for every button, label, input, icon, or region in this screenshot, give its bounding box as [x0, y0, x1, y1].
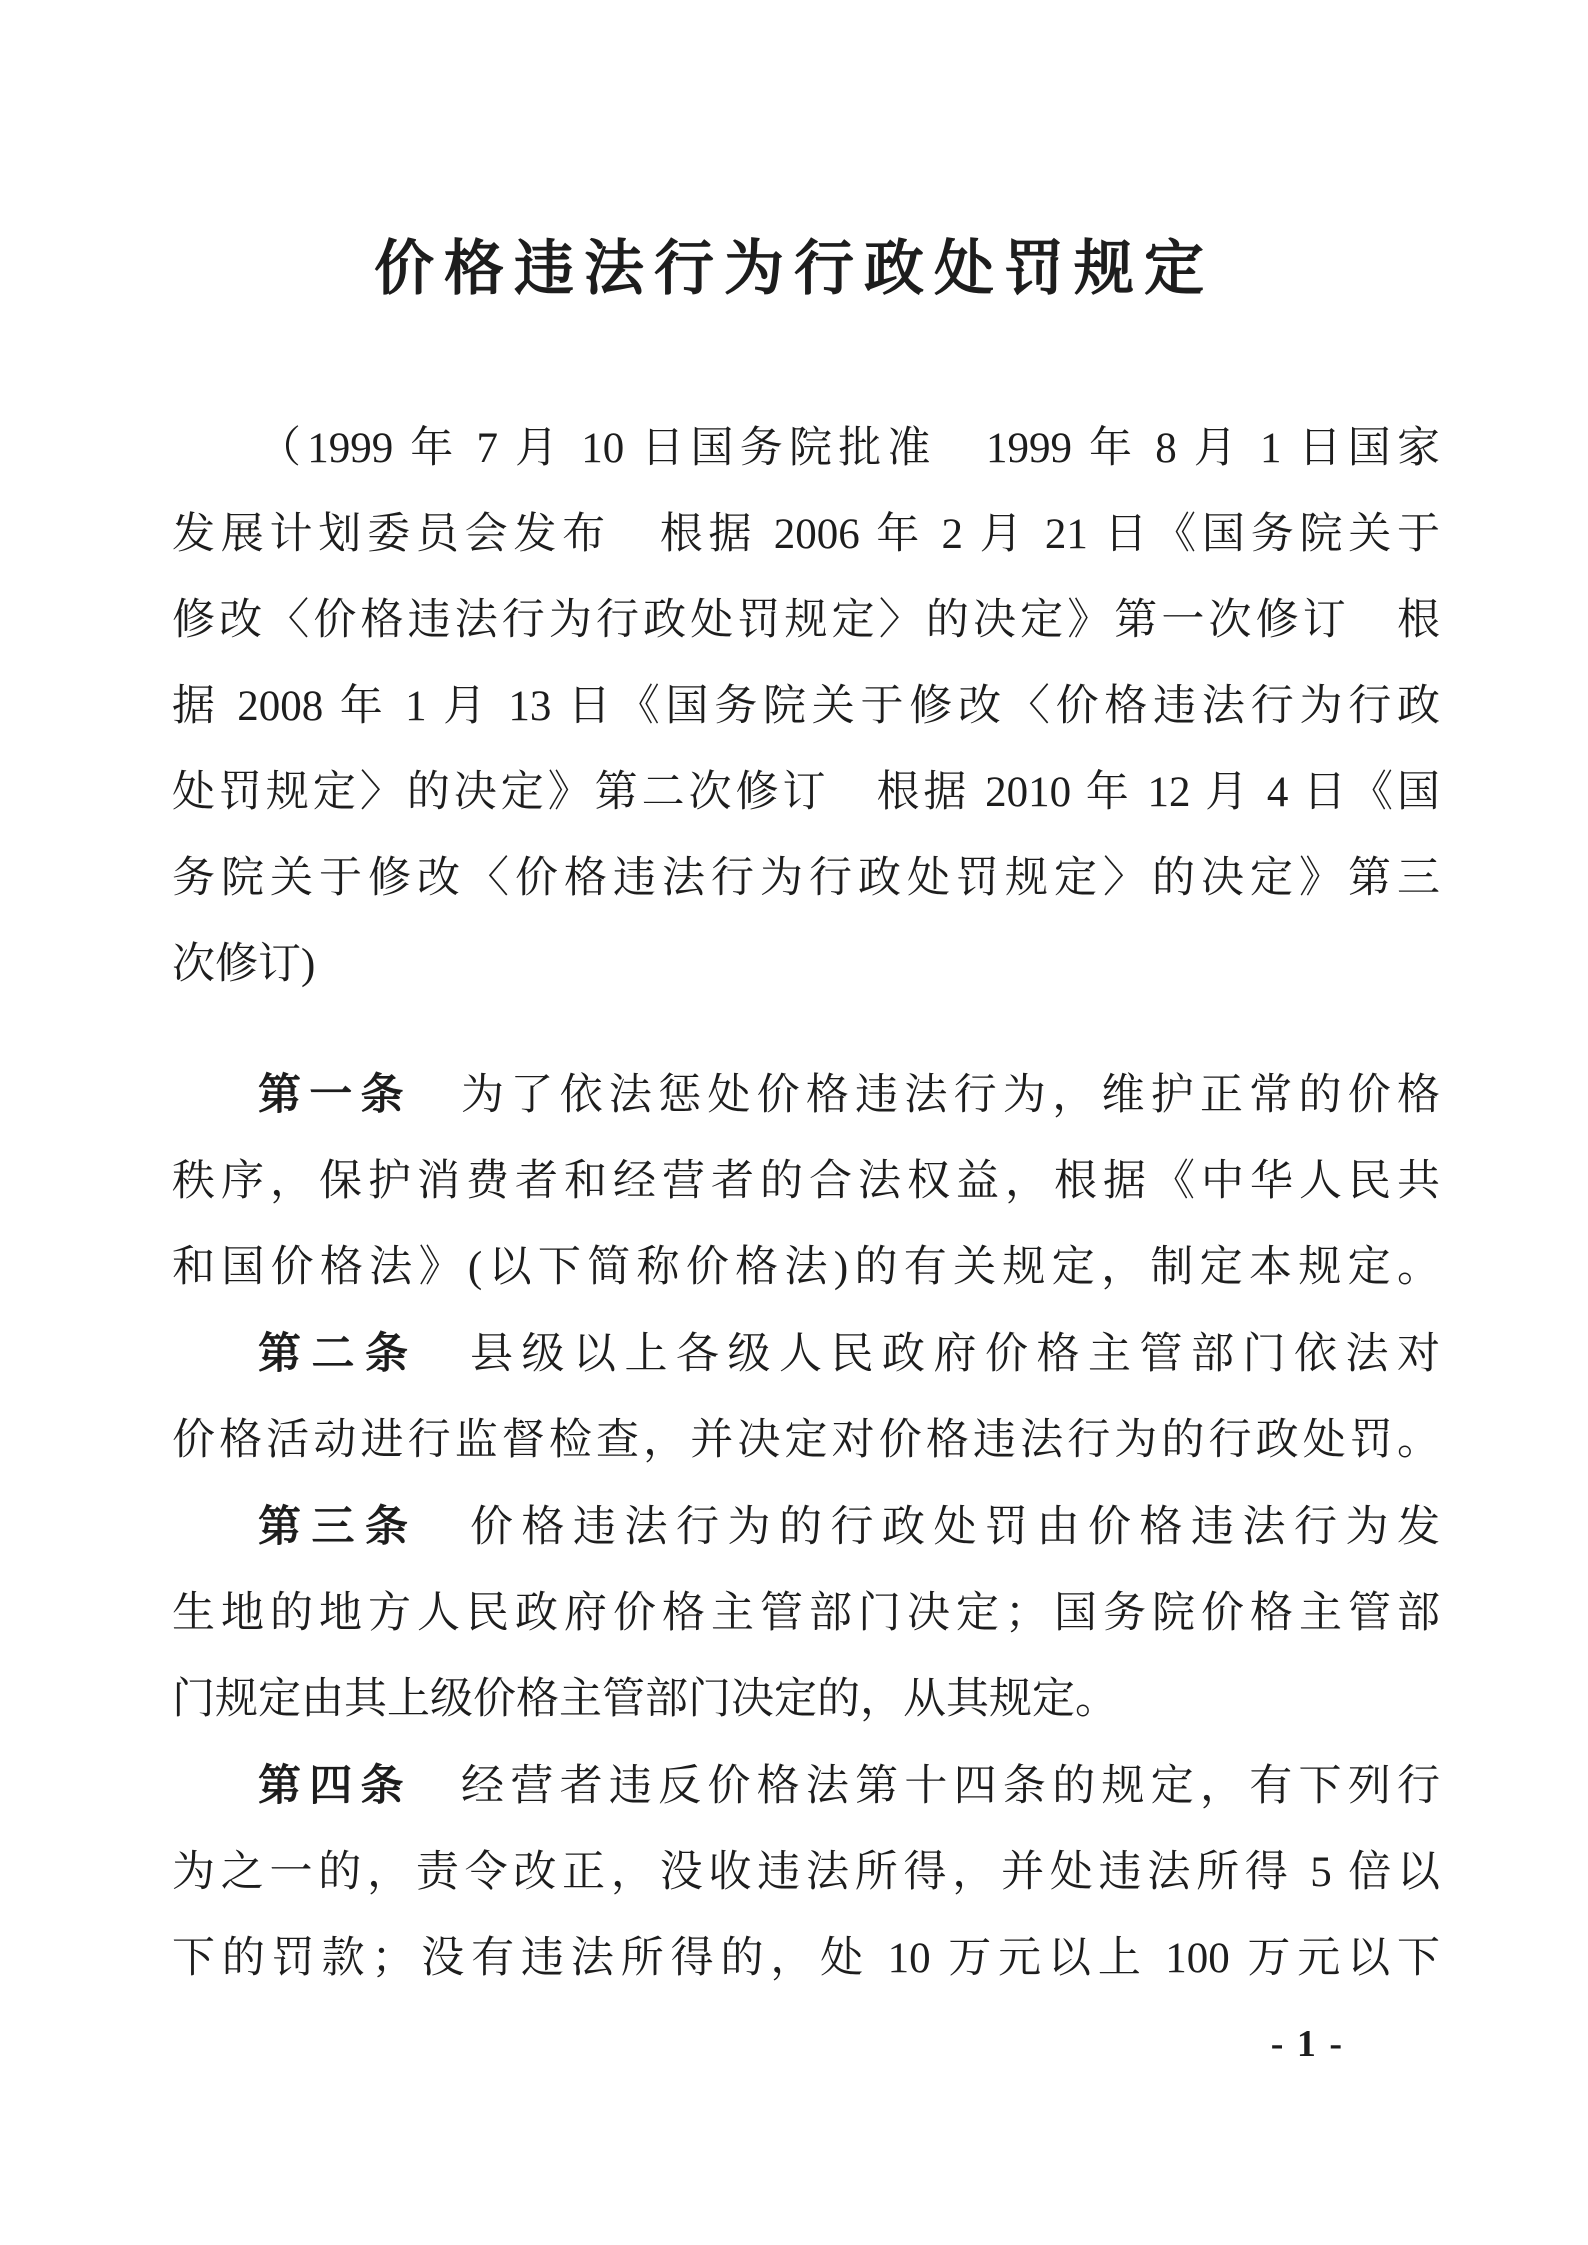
- line-text: 据 2008 年 1 月 13 日《国务院关于修改〈价格违法行为行政: [172, 683, 1440, 730]
- article-text-line: 门规定由其上级价格主管部门决定的，从其规定。: [172, 1657, 1440, 1743]
- line-text: 为之一的，责令改正，没收违法所得，并处违法所得 5 倍以: [172, 1849, 1440, 1896]
- articles-body: 第一条 为了依法惩处价格违法行为，维护正常的价格秩序，保护消费者和经营者的合法权…: [172, 1052, 1440, 2002]
- line-text: 次修订): [172, 941, 315, 988]
- preamble-line: 次修订): [172, 922, 1440, 1008]
- article-text-line: 生地的地方人民政府价格主管部门决定；国务院价格主管部: [172, 1571, 1440, 1657]
- article-line: 第三条 价格违法行为的行政处罚由价格违法行为发: [172, 1484, 1440, 1571]
- line-text: 下的罚款；没有违法所得的，处 10 万元以上 100 万元以下: [172, 1935, 1440, 1982]
- line-text: 生地的地方人民政府价格主管部门决定；国务院价格主管部: [172, 1590, 1440, 1637]
- article-text-line: 秩序，保护消费者和经营者的合法权益，根据《中华人民共: [172, 1139, 1440, 1225]
- article-line: 第一条 为了依法惩处价格违法行为，维护正常的价格: [172, 1052, 1440, 1139]
- line-text: 县级以上各级人民政府价格主管部门依法对: [419, 1331, 1441, 1378]
- line-text: 价格违法行为的行政处罚由价格违法行为发: [419, 1504, 1441, 1551]
- line-text: 发展计划委员会发布 根据 2006 年 2 月 21 日《国务院关于: [172, 511, 1440, 558]
- preamble-line: （1999 年 7 月 10 日国务院批准 1999 年 8 月 1 日国家: [172, 406, 1440, 492]
- preamble-paragraph: （1999 年 7 月 10 日国务院批准 1999 年 8 月 1 日国家发展…: [172, 406, 1440, 1008]
- article-number: 第三条: [258, 1503, 419, 1551]
- line-text: 修改〈价格违法行为行政处罚规定〉的决定》第一次修订 根: [172, 597, 1440, 644]
- article-text-line: 和国价格法》(以下简称价格法)的有关规定，制定本规定。: [172, 1225, 1440, 1311]
- line-text: （1999 年 7 月 10 日国务院批准 1999 年 8 月 1 日国家: [258, 425, 1440, 472]
- line-text: 务院关于修改〈价格违法行为行政处罚规定〉的决定》第三: [172, 855, 1440, 902]
- line-text: 门规定由其上级价格主管部门决定的，从其规定。: [172, 1676, 1118, 1723]
- line-text: 处罚规定〉的决定》第二次修订 根据 2010 年 12 月 4 日《国: [172, 769, 1440, 816]
- line-text: 为了依法惩处价格违法行为，维护正常的价格: [412, 1072, 1440, 1119]
- preamble-line: 修改〈价格违法行为行政处罚规定〉的决定》第一次修订 根: [172, 578, 1440, 664]
- line-text: 经营者违反价格法第十四条的规定，有下列行: [412, 1763, 1440, 1810]
- preamble-line: 务院关于修改〈价格违法行为行政处罚规定〉的决定》第三: [172, 836, 1440, 922]
- preamble-line: 据 2008 年 1 月 13 日《国务院关于修改〈价格违法行为行政: [172, 664, 1440, 750]
- article-text-line: 下的罚款；没有违法所得的，处 10 万元以上 100 万元以下: [172, 1916, 1440, 2002]
- article-text-line: 价格活动进行监督检查，并决定对价格违法行为的行政处罚。: [172, 1398, 1440, 1484]
- page-number: - 1 -: [1271, 2022, 1344, 2066]
- article-number: 第四条: [258, 1762, 412, 1810]
- article-line: 第四条 经营者违反价格法第十四条的规定，有下列行: [172, 1743, 1440, 1830]
- article-number: 第一条: [258, 1071, 412, 1119]
- article-number: 第二条: [258, 1330, 419, 1378]
- document-title: 价格违法行为行政处罚规定: [0, 238, 1588, 300]
- line-text: 和国价格法》(以下简称价格法)的有关规定，制定本规定。: [172, 1244, 1440, 1291]
- article-text-line: 为之一的，责令改正，没收违法所得，并处违法所得 5 倍以: [172, 1830, 1440, 1916]
- preamble-line: 处罚规定〉的决定》第二次修订 根据 2010 年 12 月 4 日《国: [172, 750, 1440, 836]
- article-line: 第二条 县级以上各级人民政府价格主管部门依法对: [172, 1311, 1440, 1398]
- preamble-line: 发展计划委员会发布 根据 2006 年 2 月 21 日《国务院关于: [172, 492, 1440, 578]
- line-text: 价格活动进行监督检查，并决定对价格违法行为的行政处罚。: [172, 1417, 1440, 1464]
- document-page: 价格违法行为行政处罚规定 （1999 年 7 月 10 日国务院批准 1999 …: [0, 0, 1588, 2245]
- line-text: 秩序，保护消费者和经营者的合法权益，根据《中华人民共: [172, 1158, 1440, 1205]
